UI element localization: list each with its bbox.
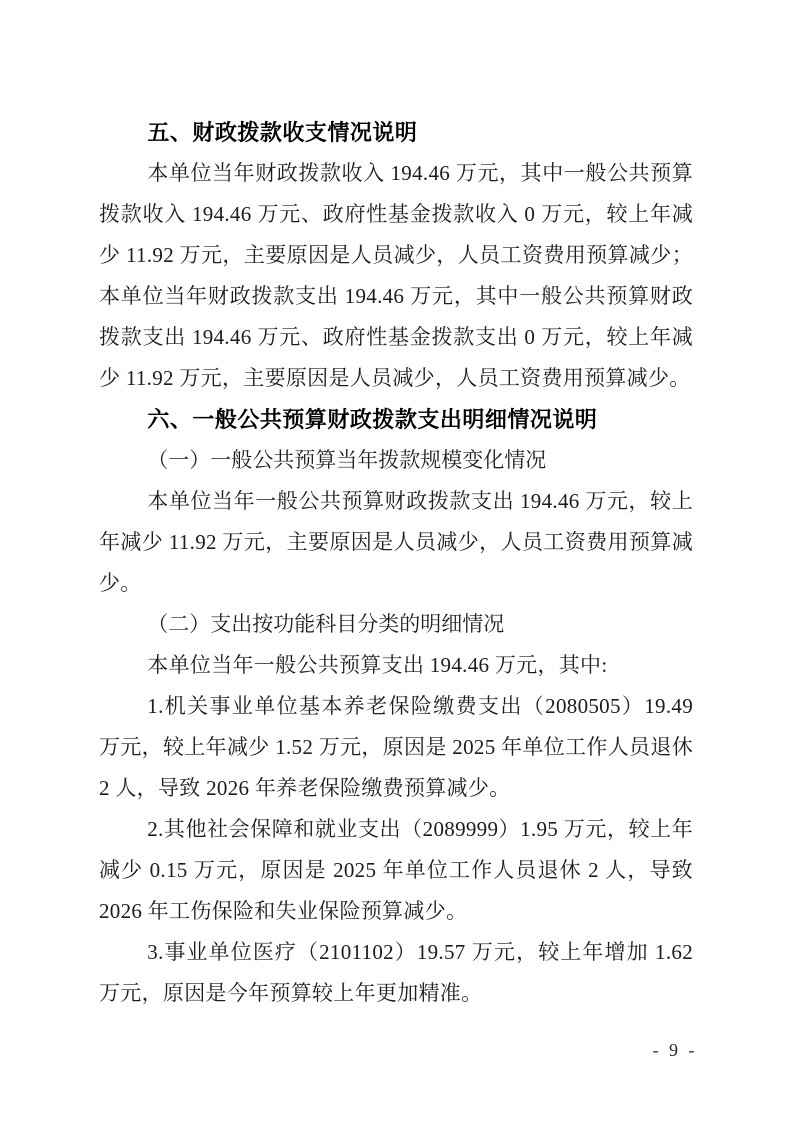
page-number: - 9 -	[640, 1040, 710, 1061]
section-heading-fiscal-appropriation: 五、财政拨款收支情况说明	[99, 112, 693, 153]
paragraph-total-expenditure: 本单位当年一般公共预算支出 194.46 万元，其中:	[99, 645, 693, 686]
paragraph-fiscal-appropriation-detail: 本单位当年财政拨款收入 194.46 万元，其中一般公共预算拨款收入 194.4…	[99, 153, 693, 399]
paragraph-item-1-pension: 1.机关事业单位基本养老保险缴费支出（2080505）19.49 万元，较上年减…	[99, 686, 693, 809]
document-body: 五、财政拨款收支情况说明 本单位当年财政拨款收入 194.46 万元，其中一般公…	[99, 112, 693, 1014]
subheading-function-classification: （二）支出按功能科目分类的明细情况	[99, 604, 693, 645]
document-page: 五、财政拨款收支情况说明 本单位当年财政拨款收入 194.46 万元，其中一般公…	[0, 0, 793, 1122]
subheading-scale-change: （一）一般公共预算当年拨款规模变化情况	[99, 440, 693, 481]
section-heading-general-budget-expenditure: 六、一般公共预算财政拨款支出明细情况说明	[99, 399, 693, 440]
paragraph-scale-change-detail: 本单位当年一般公共预算财政拨款支出 194.46 万元，较上年减少 11.92 …	[99, 481, 693, 604]
paragraph-item-2-social-security: 2.其他社会保障和就业支出（2089999）1.95 万元，较上年减少 0.15…	[99, 809, 693, 932]
paragraph-item-3-medical: 3.事业单位医疗（2101102）19.57 万元，较上年增加 1.62 万元，…	[99, 932, 693, 1014]
